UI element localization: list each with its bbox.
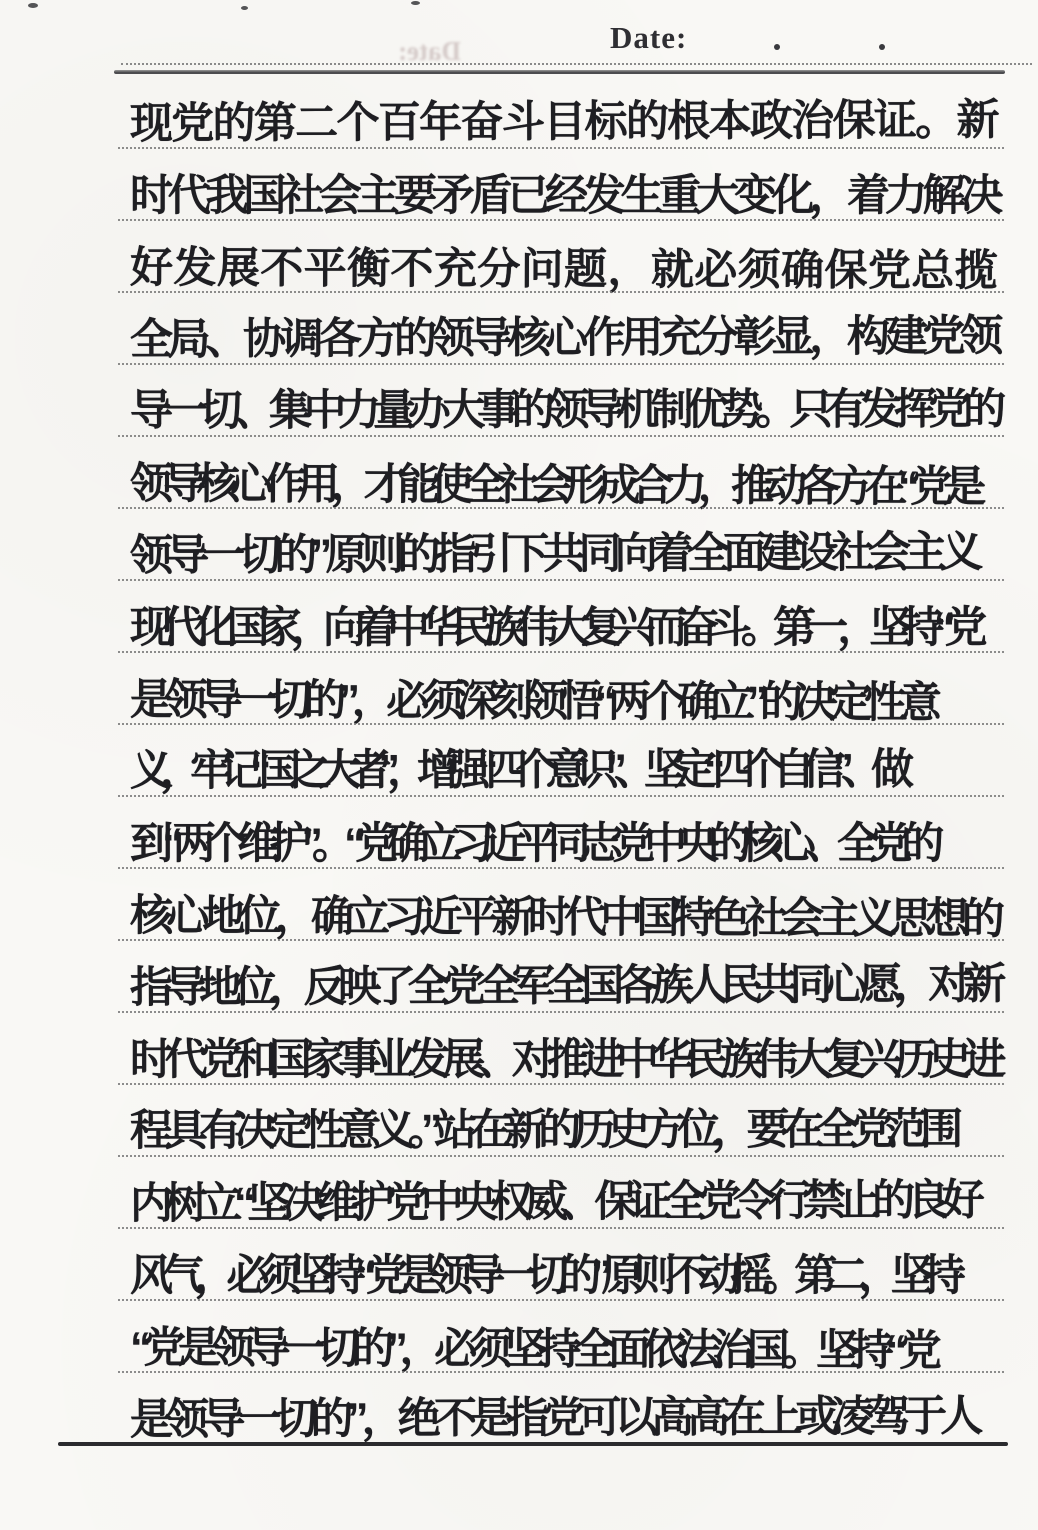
handwritten-text: 时代党和国家事业发展、对推进中华民族伟大复兴历史进 bbox=[130, 1039, 998, 1082]
handwritten-text: 核心地位，确立习近平新时代中国特色社会主义思想的 bbox=[130, 895, 998, 941]
handwritten-text: 是领导一切的”，必须深刻领悟“两个确立”的决定性意 bbox=[130, 679, 934, 725]
handwritten-line-row: 义，牢记“国之大者”，增强“四个意识”、坚定“四个自信”、做 bbox=[0, 724, 1038, 796]
handwritten-line-row: 核心地位，确立习近平新时代中国特色社会主义思想的 bbox=[0, 868, 1038, 940]
scan-artifact bbox=[241, 6, 248, 10]
scan-artifact bbox=[28, 3, 38, 8]
handwritten-text: 是领导一切的”，绝不是指党可以高高在上或凌驾于人 bbox=[130, 1395, 977, 1442]
handwritten-text: 到“两个维护”。“党确立习近平同志党中央的核心、全党的 bbox=[130, 823, 934, 866]
handwritten-text: 内树立“坚决维护党中央权威、保证全党令行禁止的良好 bbox=[130, 1179, 977, 1226]
notebook-page: Date: Date: . . 现党的第二个百年奋斗目标的根本政治保证。新 时代… bbox=[0, 0, 1038, 1530]
handwritten-line-row: 现党的第二个百年奋斗目标的根本政治保证。新 bbox=[0, 76, 1038, 148]
handwritten-line-row: 风气，必须坚持“党是领导一切的”原则不动摇。第二，坚持 bbox=[0, 1228, 1038, 1300]
date-separator-dot: . bbox=[774, 44, 780, 50]
handwritten-text: 义，牢记“国之大者”，增强“四个意识”、坚定“四个自信”、做 bbox=[130, 749, 901, 793]
handwritten-line-row: “党是领导一切的”，必须坚持全面依法治国。坚持“党 bbox=[0, 1300, 1038, 1372]
handwritten-line-row: 现代化国家，向着中华民族伟大复兴而奋斗。第一，坚持“党 bbox=[0, 580, 1038, 652]
handwritten-text: 领导一切的”原则的指引下共同向着全面建设社会主义 bbox=[130, 531, 977, 578]
handwritten-line-row: 导一切、集中力量办大事的领导机制优势。只有发挥党的 bbox=[0, 364, 1038, 436]
handwritten-line-row: 领导核心作用，才能使全社会形成合力，推动各方在“党是 bbox=[0, 436, 1038, 508]
handwritten-line-row: 程具有决定性意义。”站在新的历史方位，要在全党范围 bbox=[0, 1084, 1038, 1156]
handwritten-text: 风气，必须坚持“党是领导一切的”原则不动摇。第二，坚持 bbox=[130, 1255, 955, 1298]
handwritten-line-row: 好发展不平衡不充分问题，就必须确保党总揽 bbox=[0, 220, 1038, 292]
handwritten-text: 现代化国家，向着中华民族伟大复兴而奋斗。第一，坚持“党 bbox=[130, 607, 977, 650]
handwritten-line-row: 时代党和国家事业发展、对推进中华民族伟大复兴历史进 bbox=[0, 1012, 1038, 1084]
handwritten-text: 全局、协调各方的领导核心作用充分彰显，构建党领 bbox=[130, 315, 998, 362]
handwritten-text: 现党的第二个百年奋斗目标的根本政治保证。新 bbox=[130, 99, 998, 146]
handwritten-line-row: 全局、协调各方的领导核心作用充分彰显，构建党领 bbox=[0, 292, 1038, 364]
handwritten-text: 程具有决定性意义。”站在新的历史方位，要在全党范围 bbox=[130, 1109, 955, 1153]
handwritten-text: 时代我国社会主要矛盾已经发生重大变化，着力解决 bbox=[130, 175, 998, 218]
handwritten-line-row: 指导地位，反映了全党全军全国各族人民共同心愿，对新 bbox=[0, 940, 1038, 1012]
ruled-lines-area: 现党的第二个百年奋斗目标的根本政治保证。新 时代我国社会主要矛盾已经发生重大变化… bbox=[0, 76, 1038, 1444]
handwritten-text: 领导核心作用，才能使全社会形成合力，推动各方在“党是 bbox=[130, 463, 977, 509]
header-dotted-rule bbox=[121, 63, 1032, 65]
header-double-rule bbox=[114, 70, 1005, 74]
handwritten-line-row: 到“两个维护”。“党确立习近平同志党中央的核心、全党的 bbox=[0, 796, 1038, 868]
handwritten-line-row: 内树立“坚决维护党中央权威、保证全党令行禁止的良好 bbox=[0, 1156, 1038, 1228]
handwritten-line-row: 是领导一切的”，必须深刻领悟“两个确立”的决定性意 bbox=[0, 652, 1038, 724]
handwritten-text: 导一切、集中力量办大事的领导机制优势。只有发挥党的 bbox=[130, 388, 998, 433]
page-header: Date: Date: . . bbox=[0, 0, 1038, 76]
date-label: Date: bbox=[610, 20, 687, 56]
handwritten-text: 好发展不平衡不充分问题，就必须确保党总揽 bbox=[130, 247, 998, 293]
handwritten-line-row: 时代我国社会主要矛盾已经发生重大变化，着力解决 bbox=[0, 148, 1038, 220]
handwritten-line-row-last: 是领导一切的”，绝不是指党可以高高在上或凌驾于人 bbox=[0, 1372, 1038, 1444]
handwritten-line-row: 领导一切的”原则的指引下共同向着全面建设社会主义 bbox=[0, 508, 1038, 580]
date-separator-dot: . bbox=[879, 44, 885, 50]
scan-artifact bbox=[411, 1, 420, 5]
handwritten-text: “党是领导一切的”，必须坚持全面依法治国。坚持“党 bbox=[130, 1327, 934, 1373]
handwritten-text: 指导地位，反映了全党全军全国各族人民共同心愿，对新 bbox=[130, 963, 998, 1010]
